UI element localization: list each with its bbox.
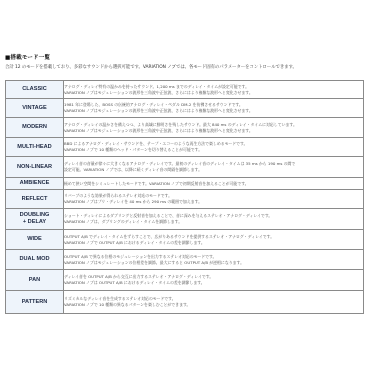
mode-description: ディレイ音を OUTPUT A/B から交互に出力するステレオ・アナログ・ディレ… bbox=[64, 270, 364, 291]
mode-name: MULTI-HEAD bbox=[6, 138, 64, 157]
mode-row: DUAL MODOUTPUT A/B で異なる位相のモジュレーションを出力するス… bbox=[6, 250, 364, 270]
mode-description-line: VARIATION ノブは、ダブリングのディレイ・タイムを調節します。 bbox=[64, 219, 363, 225]
mode-row: NON-LINEARディレイ音の音量が徐々に大きくなるアナログ・ディレイです。最… bbox=[6, 157, 364, 178]
mode-name: MODERN bbox=[6, 118, 64, 138]
section-heading: ■搭載モード一覧 bbox=[5, 53, 50, 61]
mode-description-line: VARIATION ノブはモジュレーションの波形を三角波や正弦波、さらにはより複… bbox=[64, 128, 363, 134]
mode-description: リズミカルなディレイ音を生成するステレオ対応のモードです。VARIATION ノ… bbox=[64, 291, 364, 314]
mode-description: ショート・ディレイによるダブリングと反射音を加えることで、音に深みを与えるステレ… bbox=[64, 209, 364, 230]
mode-row: AMBIENCE極めて狭い空間をシミュレートしたモードです。VARIATION … bbox=[6, 178, 364, 190]
mode-description: OUTPUT A/B で異なる位相のモジュレーションを出力するステレオ対応のモー… bbox=[64, 250, 364, 270]
mode-description-line: VARIATION ノブはモジュレーションの位相差を調節。最大にすると OUTP… bbox=[64, 260, 363, 266]
mode-description-line: VARIATION ノブで 10 種類の異なるパターンを楽しむことができます。 bbox=[64, 302, 363, 308]
mode-row: WIDEOUTPUT A/B でディレイ・タイムをずらすことで、広がりあるサウン… bbox=[6, 230, 364, 250]
mode-row: VINTAGE1981 年に登場した、BOSS の伝統的アナログ・ディレイ・ペダ… bbox=[6, 99, 364, 118]
mode-description-line: 極めて狭い空間をシミュレートしたモードです。VARIATION ノブで初期反射音… bbox=[64, 181, 363, 187]
modes-table: CLASSICアナログ・ディレイ特有の温かみを持ったサウンド。1,200 ms … bbox=[5, 80, 364, 314]
mode-description-line: VARIATION ノブはモジュレーションの波形を三角波や正弦波、さらにはより複… bbox=[64, 90, 363, 96]
section-intro: 合計 12 のモードを搭載しており、多彩なサウンドから選択可能です。VARIAT… bbox=[5, 64, 367, 70]
mode-row: MODERNアナログ・ディレイの温かさを備えつつ、より高域に鮮明さを残したサウン… bbox=[6, 118, 364, 138]
mode-description: アナログ・ディレイ特有の温かみを持ったサウンド。1,200 ms までのディレイ… bbox=[64, 81, 364, 99]
mode-description: 極めて狭い空間をシミュレートしたモードです。VARIATION ノブで初期反射音… bbox=[64, 178, 364, 190]
mode-description: 1981 年に登場した、BOSS の伝統的アナログ・ディレイ・ペダル DM-2 … bbox=[64, 99, 364, 118]
mode-description-line: VARIATION ノブは OUTPUT A/B におけるディレイ・タイムの差を… bbox=[64, 280, 363, 286]
mode-description: ディレイ音の音量が徐々に大きくなるアナログ・ディレイです。最初のディレイ音のディ… bbox=[64, 157, 364, 178]
mode-row: PANディレイ音を OUTPUT A/B から交互に出力するステレオ・アナログ・… bbox=[6, 270, 364, 291]
mode-name: DUAL MOD bbox=[6, 250, 64, 270]
mode-name: DOUBLING + DELAY bbox=[6, 209, 64, 230]
mode-name: PAN bbox=[6, 270, 64, 291]
mode-name: WIDE bbox=[6, 230, 64, 250]
mode-description: OUTPUT A/B でディレイ・タイムをずらすことで、広がりあるサウンドを提供… bbox=[64, 230, 364, 250]
mode-row: REFLECTリバーブのような効果が得られるステレオ対応のモードです。VARIA… bbox=[6, 190, 364, 209]
mode-name: REFLECT bbox=[6, 190, 64, 209]
mode-row: DOUBLING + DELAYショート・ディレイによるダブリングと反射音を加え… bbox=[6, 209, 364, 230]
mode-description: リバーブのような効果が得られるステレオ対応のモードです。VARIATION ノブ… bbox=[64, 190, 364, 209]
mode-description: BBD によるアナログ・ディレイ・サウンドを、テープ・エコーのような再生方法で楽… bbox=[64, 138, 364, 157]
mode-description: アナログ・ディレイの温かさを備えつつ、より高域に鮮明さを残したサウンド。最大 8… bbox=[64, 118, 364, 138]
mode-row: MULTI-HEADBBD によるアナログ・ディレイ・サウンドを、テープ・エコー… bbox=[6, 138, 364, 157]
mode-name: NON-LINEAR bbox=[6, 157, 64, 178]
mode-description-line: VARIATION ノブで OUTPUT A/B におけるディレイ・タイムの差を… bbox=[64, 240, 363, 246]
mode-name: VINTAGE bbox=[6, 99, 64, 118]
mode-name: CLASSIC bbox=[6, 81, 64, 99]
mode-name: AMBIENCE bbox=[6, 178, 64, 190]
mode-description-line: VARIATION ノブはモジュレーションの波形を三角波や正弦波、さらにはより複… bbox=[64, 108, 363, 114]
mode-name: PATTERN bbox=[6, 291, 64, 314]
mode-description-line: VARIATION ノブはプリ・ディレイを 40 ms から 290 ms の範… bbox=[64, 199, 363, 205]
mode-row: PATTERNリズミカルなディレイ音を生成するステレオ対応のモードです。VARI… bbox=[6, 291, 364, 314]
mode-row: CLASSICアナログ・ディレイ特有の温かみを持ったサウンド。1,200 ms … bbox=[6, 81, 364, 99]
mode-description-line: 設定可能。VARIATION ノブでは、以降に続くディレイ音の間隔を調節します。 bbox=[64, 167, 363, 173]
mode-description-line: VARIATION ノブで 10 種類のヘッド・パターンを切り替えることが可能で… bbox=[64, 147, 363, 153]
